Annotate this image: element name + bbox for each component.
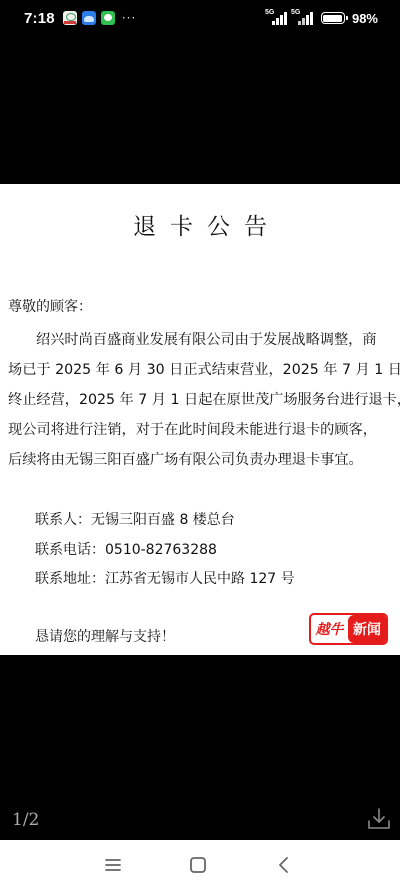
watermark-brand: 越牛 [311, 615, 348, 643]
signal-5g-sim1-icon: 5G [265, 11, 287, 25]
recents-button[interactable] [100, 852, 126, 878]
body-line: 现公司将进行注销，对于在此时间段未能进行退卡的顾客， [8, 415, 392, 445]
contact-value: 0510-82763288 [105, 542, 217, 558]
download-icon [366, 806, 392, 832]
page-indicator: 1/2 [12, 810, 39, 830]
battery-icon [321, 12, 345, 24]
system-nav-bar [0, 840, 400, 889]
document-body: 绍兴时尚百盛商业发展有限公司由于发展战略调整，商 场已于 2025 年 6 月 … [8, 325, 392, 475]
document-title: 退卡公告 [0, 208, 400, 241]
body-line: 绍兴时尚百盛商业发展有限公司由于发展战略调整，商 [8, 325, 392, 355]
back-button[interactable] [270, 852, 296, 878]
contact-address: 联系地址：江苏省无锡市人民中路 127 号 [35, 568, 295, 588]
body-line: 后续将由无锡三阳百盛广场有限公司负责办理退卡事宜。 [8, 445, 392, 475]
menu-icon [104, 857, 122, 873]
contact-phone: 联系电话：0510-82763288 [35, 539, 217, 559]
notification-icons: ··· [63, 11, 136, 25]
contact-label: 联系电话： [35, 542, 105, 558]
document-greeting: 尊敬的顾客： [8, 296, 92, 316]
body-line: 终止经营，2025 年 7 月 1 日起在原世茂广场服务台进行退卡， [8, 385, 392, 415]
home-button[interactable] [185, 852, 211, 878]
contact-label: 联系地址： [35, 571, 105, 587]
status-bar: 7:18 ··· 5G 5G 98% [0, 0, 400, 36]
download-button[interactable] [366, 806, 392, 832]
status-indicators: 5G 5G 98% [265, 11, 378, 26]
watermark-label: 新闻 [348, 615, 386, 643]
document-image[interactable]: 退卡公告 尊敬的顾客： 绍兴时尚百盛商业发展有限公司由于发展战略调整，商 场已于… [0, 184, 400, 655]
signal-5g-sim2-icon: 5G [291, 11, 313, 25]
yueniu-news-watermark: 越牛 新闻 [309, 613, 388, 645]
back-icon [276, 856, 290, 874]
weather-app-notification-icon [82, 11, 96, 25]
messages-app-notification-icon [101, 11, 115, 25]
document-closing: 恳请您的理解与支持！ [35, 626, 175, 646]
contact-value: 江苏省无锡市人民中路 127 号 [105, 571, 295, 587]
more-notifications-icon: ··· [122, 11, 136, 25]
battery-percent: 98% [352, 11, 378, 26]
contact-label: 联系人： [35, 512, 91, 528]
contact-value: 无锡三阳百盛 8 楼总台 [91, 512, 235, 528]
status-time: 7:18 [24, 10, 55, 27]
home-icon [189, 856, 207, 874]
body-line: 场已于 2025 年 6 月 30 日正式结束营业，2025 年 7 月 1 日… [8, 355, 392, 385]
news-app-notification-icon [63, 11, 77, 25]
contact-person: 联系人：无锡三阳百盛 8 楼总台 [35, 509, 235, 529]
